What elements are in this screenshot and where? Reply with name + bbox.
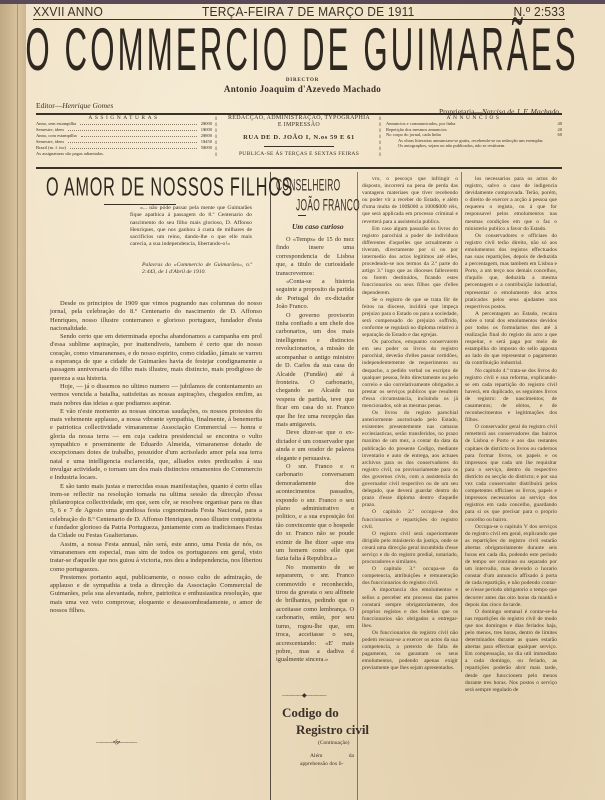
- paragraph: A percentagem ao Estado, recaira sobre o…: [465, 311, 557, 368]
- paragraph: O snr. Franco e o carbonario conversaram…: [276, 463, 354, 564]
- headline-joao-franco: JOÃO FRANCO: [296, 196, 360, 213]
- paragraph: Hoje, — já o dissemos no ultimo numero —…: [50, 383, 262, 408]
- office-divider: [264, 146, 334, 147]
- registro-column-d: los necessarios para os actos do registr…: [465, 176, 557, 694]
- spine-edge: [17, 0, 18, 800]
- codigo-first-line: Além da apprehensão dos li-: [300, 752, 354, 769]
- headline-dash: [298, 215, 306, 216]
- column-rule: [461, 172, 462, 672]
- paragraph: Prestemos portanto aqui, publicamente, o…: [50, 574, 262, 615]
- paragraph: Os conservadores e officiaes do registro…: [465, 233, 557, 311]
- paragraph: No momento de se separarem, o snr. Franc…: [276, 564, 354, 665]
- paragraph: Os funccionarios do registro civil não p…: [362, 630, 458, 673]
- section-ornament: ————◆————: [282, 692, 326, 699]
- epigraph: «... não póde passar pela mente que Guim…: [130, 205, 252, 249]
- headline-codigo: Codigo do: [282, 705, 339, 721]
- paragraph: Occupa-se o capitulo V dos serviços do r…: [465, 524, 557, 609]
- advert-note: Os autographos, sejam ou não publicados,…: [386, 143, 562, 149]
- subscription-note: As assignaturas são pagas adiantadas.: [36, 151, 212, 157]
- paragraph: «Conta-se a historia seguinte a proposit…: [276, 278, 354, 312]
- paragraph: O registro civil será superiormente diri…: [362, 531, 458, 566]
- subscriptions-box: ASSIGNATURAS Anno, sem estampilha2$000 S…: [36, 115, 212, 157]
- adverts-box: ANNUNCIOS Annuncios e communicados, por …: [386, 115, 562, 149]
- paragraph: O «Temps» de 15 do mez findo insere uma …: [276, 236, 354, 278]
- office-line-1: REDACÇÃO, ADMINISTRAÇÃO, TYPOGRAPHIA: [222, 115, 376, 122]
- subtitle-caso-curioso: Um caso curioso: [292, 222, 344, 231]
- column-rule: [357, 172, 358, 800]
- headline-amor: O AMOR DE NOSSOS FILHOS: [46, 175, 168, 201]
- paragraph: Os parochos, emquanto conservarem em seu…: [362, 339, 458, 410]
- editor-line: Editor—Henrique Gomes: [36, 101, 113, 110]
- paragraph: Assim, a nossa Festa annual, não será, e…: [50, 541, 262, 574]
- director-name: Antonio Joaquim d'Azevedo Machado: [0, 84, 605, 94]
- info-box-row: ASSIGNATURAS Anno, sem estampilha2$000 S…: [36, 115, 562, 167]
- epigraph-attribution: Palavras do «Commercio de Guimarães», n.…: [142, 262, 252, 277]
- column-rule: [270, 172, 271, 800]
- paragraph: A importancia dos emolumentos e sellos a…: [362, 587, 458, 630]
- continuation-label: (Continuação): [318, 740, 349, 746]
- office-box: REDACÇÃO, ADMINISTRAÇÃO, TYPOGRAPHIA E I…: [222, 115, 376, 157]
- headline-conselheiro: CONSELHEIRO: [276, 176, 340, 193]
- editor-label: Editor—: [36, 101, 62, 110]
- masthead-title: O COMMERCIO DE GUIMARÃES: [26, 22, 579, 78]
- paragraph: Sendo certo que em determinada epocha ab…: [50, 333, 262, 383]
- paragraph: O domingo semanal é contar-se-ha nas rep…: [465, 609, 557, 694]
- office-address: RUA DE D. JOÃO I, N.os 59 E 61: [222, 134, 376, 141]
- end-ornament: ———–•‹§›•–———: [96, 740, 136, 746]
- paragraph: Os livros do registo parochial anteriorm…: [362, 410, 458, 509]
- masthead: O COMMERCIO DE GUIMARÃES: [0, 22, 605, 78]
- book-spine: [0, 0, 26, 800]
- header-box-bottom-rule: [36, 167, 562, 169]
- paragraph: los necessarios para os actos do registr…: [465, 176, 557, 233]
- paragraph: vro, o pescoço que infringir o disposto,…: [362, 176, 458, 226]
- paragraph: E vão n'este momento as nossas sinceras …: [50, 408, 262, 483]
- article-amor-body: Desde os principios de 1909 que vimos pu…: [50, 300, 262, 615]
- paragraph: E são tanto mais justas e merecidas essa…: [50, 483, 262, 541]
- paragraph: Desde os principios de 1909 que vimos pu…: [50, 300, 262, 333]
- paragraph: Se o registro de que se trata fôr de fei…: [362, 297, 458, 340]
- paragraph: O governo provisorio tinha confiado a um…: [276, 312, 354, 430]
- editor-name: Henrique Gomes: [62, 101, 113, 110]
- paragraph: O conservador geral do registro civil re…: [465, 424, 557, 523]
- registro-column-c: vro, o pescoço que infringir o disposto,…: [362, 176, 458, 673]
- ornamental-divider: 0000000: [214, 117, 218, 163]
- ornamental-divider: 0000000: [378, 117, 382, 163]
- director-label: DIRECTOR: [0, 78, 605, 83]
- paragraph: O capitulo 2.º occupa-se dos funccionari…: [362, 509, 458, 530]
- article-franco-body: O «Temps» de 15 do mez findo insere uma …: [276, 236, 354, 665]
- paragraph: Deve dizer-se que o ex-dictador é um con…: [276, 429, 354, 463]
- publication-days: PUBLICA-SE ÁS TERÇAS E SEXTAS FEIRAS: [222, 151, 376, 157]
- headline-registro-civil: Registro civil: [296, 722, 369, 738]
- paragraph: Em caso algum passarão os livros do regi…: [362, 226, 458, 297]
- office-line-2: E IMPRESSÃO: [222, 122, 376, 129]
- paragraph: O capitulo 3.º occupa-se da competencia,…: [362, 566, 458, 587]
- paragraph: No capitulo 4.º trata-se dos livros do r…: [465, 368, 557, 425]
